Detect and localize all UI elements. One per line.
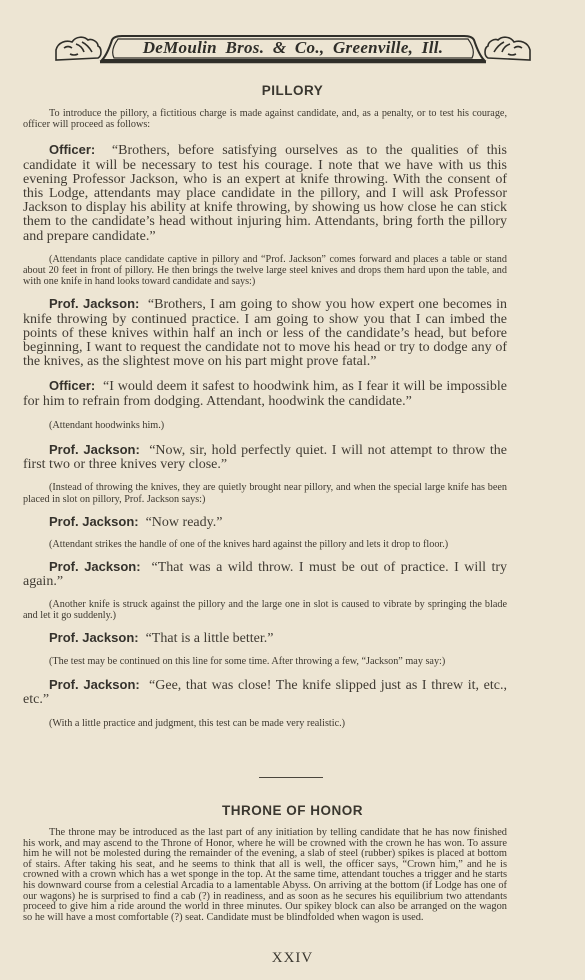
stage-direction: (The test may be continued on this line … <box>23 656 507 667</box>
section-divider <box>259 777 323 778</box>
speaker-label: Prof. Jackson: <box>49 630 139 645</box>
stage-direction: (Instead of throwing the knives, they ar… <box>23 482 507 504</box>
catalog-page: DeMoulin Bros. & Co., Greenville, Ill. P… <box>0 0 585 980</box>
speech-text: “I would deem it safest to hoodwink him,… <box>23 379 507 408</box>
speech-paragraph: Officer: “I would deem it safest to hood… <box>23 379 507 408</box>
stage-direction: (Another knife is struck against the pil… <box>23 599 507 621</box>
section-title-pillory: PILLORY <box>0 83 585 98</box>
speech-paragraph: Prof. Jackson: “Gee, that was close! The… <box>23 678 507 707</box>
speech-text: “That is a little better.” <box>146 631 274 646</box>
company-banner-text: DeMoulin Bros. & Co., Greenville, Ill. <box>114 38 472 58</box>
speech-paragraph: Officer: “Brothers, before satisfying ou… <box>23 143 507 243</box>
speaker-label: Officer: <box>49 378 95 393</box>
intro-paragraph: To introduce the pillory, a fictitious c… <box>23 108 507 130</box>
speech-text: “Brothers, before satisfying ourselves a… <box>23 143 507 243</box>
stage-direction: (Attendant hoodwinks him.) <box>23 420 507 431</box>
speaker-label: Prof. Jackson: <box>49 514 139 529</box>
speaker-label: Prof. Jackson: <box>49 296 139 311</box>
section-title-throne: THRONE OF HONOR <box>0 803 585 818</box>
script-blocks: Officer: “Brothers, before satisfying ou… <box>23 143 507 729</box>
speech-paragraph: Prof. Jackson: “That is a little better.… <box>23 631 507 646</box>
pillory-section: To introduce the pillory, a fictitious c… <box>23 108 507 729</box>
speaker-label: Prof. Jackson: <box>49 559 141 574</box>
stage-direction: (Attendants place candidate captive in p… <box>23 254 507 288</box>
header-banner: DeMoulin Bros. & Co., Greenville, Ill. <box>52 32 534 68</box>
page-number: XXIV <box>0 950 585 967</box>
speech-paragraph: Prof. Jackson: “That was a wild throw. I… <box>23 560 507 589</box>
throne-paragraph: The throne may be introduced as the last… <box>23 828 507 923</box>
speaker-label: Prof. Jackson: <box>49 677 140 692</box>
speech-paragraph: Prof. Jackson: “Now ready.” <box>23 515 507 530</box>
speech-text: “Now ready.” <box>146 515 223 530</box>
speech-paragraph: Prof. Jackson: “Brothers, I am going to … <box>23 297 507 369</box>
stage-direction: (Attendant strikes the handle of one of … <box>23 539 507 550</box>
speaker-label: Officer: <box>49 142 95 157</box>
stage-direction: (With a little practice and judgment, th… <box>23 718 507 729</box>
throne-section: The throne may be introduced as the last… <box>23 828 507 923</box>
speaker-label: Prof. Jackson: <box>49 442 140 457</box>
speech-paragraph: Prof. Jackson: “Now, sir, hold perfectly… <box>23 443 507 472</box>
